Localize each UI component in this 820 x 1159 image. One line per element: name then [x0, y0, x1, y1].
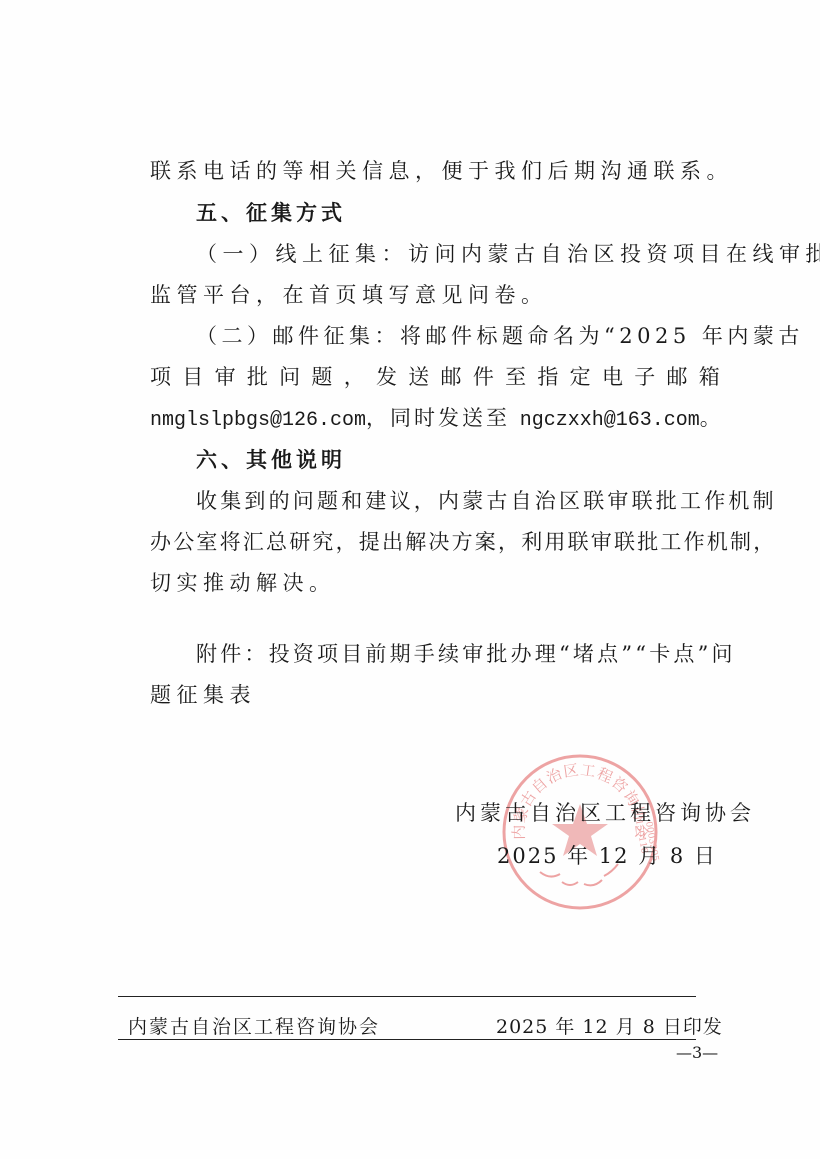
section-6-para-line-1: 收集到的问题和建议，内蒙古自治区联审联批工作机制	[196, 487, 766, 515]
char: 至	[505, 363, 526, 391]
section-6-heading: 六、其他说明	[196, 446, 766, 474]
char: 指	[537, 363, 558, 391]
char: 审	[215, 363, 236, 391]
char: 发	[376, 363, 397, 391]
section-6-para-line-2: 办公室将汇总研究，提出解决方案，利用联审联批工作机制，	[150, 528, 720, 556]
text-mid: ，同时发送至	[366, 406, 520, 430]
signature-org: 内蒙古自治区工程咨询协会	[455, 797, 755, 827]
official-seal-icon: 内蒙古自治区工程咨询协会 150118 0003305	[500, 752, 660, 912]
char: 送	[408, 363, 429, 391]
email-link-secondary[interactable]: ngczxxh@163.com	[520, 409, 700, 432]
char: 批	[247, 363, 268, 391]
char: 电	[602, 363, 623, 391]
char: 件	[473, 363, 494, 391]
body-line-continued: 联系电话的等相关信息，便于我们后期沟通联系。	[150, 157, 720, 185]
section-5-item-1-line-2: 监管平台，在首页填写意见问卷。	[150, 281, 720, 309]
char: 箱	[699, 363, 720, 391]
footer-issuer: 内蒙古自治区工程咨询协会	[128, 1012, 380, 1039]
footer-issue-date: 2025 年 12 月 8 日印发	[496, 1012, 723, 1039]
text-end: 。	[700, 406, 721, 430]
attachment-line-2: 题征集表	[150, 681, 720, 709]
page-number: —3—	[676, 1043, 718, 1062]
char: 问	[279, 363, 300, 391]
char: 邮	[441, 363, 462, 391]
char: ，	[344, 363, 365, 391]
section-5-item-1-line-1: （一）线上征集：访问内蒙古自治区投资项目在线审批	[196, 240, 766, 268]
section-5-item-2-line-3: nmglslpbgs@126.com，同时发送至 ngczxxh@163.com…	[150, 404, 720, 435]
section-5-item-2-line-2: 项 目 审 批 问 题 ， 发 送 邮 件 至 指 定 电 子 邮 箱	[150, 363, 720, 391]
section-5-heading: 五、征集方式	[196, 199, 766, 227]
attachment-line-1: 附件：投资项目前期手续审批办理“堵点”“卡点”问	[196, 640, 766, 668]
char: 子	[634, 363, 655, 391]
char: 邮	[667, 363, 688, 391]
signature-date: 2025 年 12 月 8 日	[497, 840, 717, 870]
char: 题	[311, 363, 332, 391]
footer-bottom-rule	[118, 1039, 696, 1040]
section-6-para-line-3: 切实推动解决。	[150, 569, 720, 597]
char: 目	[182, 363, 203, 391]
char: 定	[570, 363, 591, 391]
char: 项	[150, 363, 171, 391]
email-link-primary[interactable]: nmglslpbgs@126.com	[150, 409, 366, 432]
footer-top-rule	[118, 996, 696, 997]
document-page: 联系电话的等相关信息，便于我们后期沟通联系。 五、征集方式 （一）线上征集：访问…	[0, 0, 820, 1159]
section-5-item-2-line-1: （二）邮件征集：将邮件标题命名为“2025 年内蒙古	[196, 322, 766, 350]
